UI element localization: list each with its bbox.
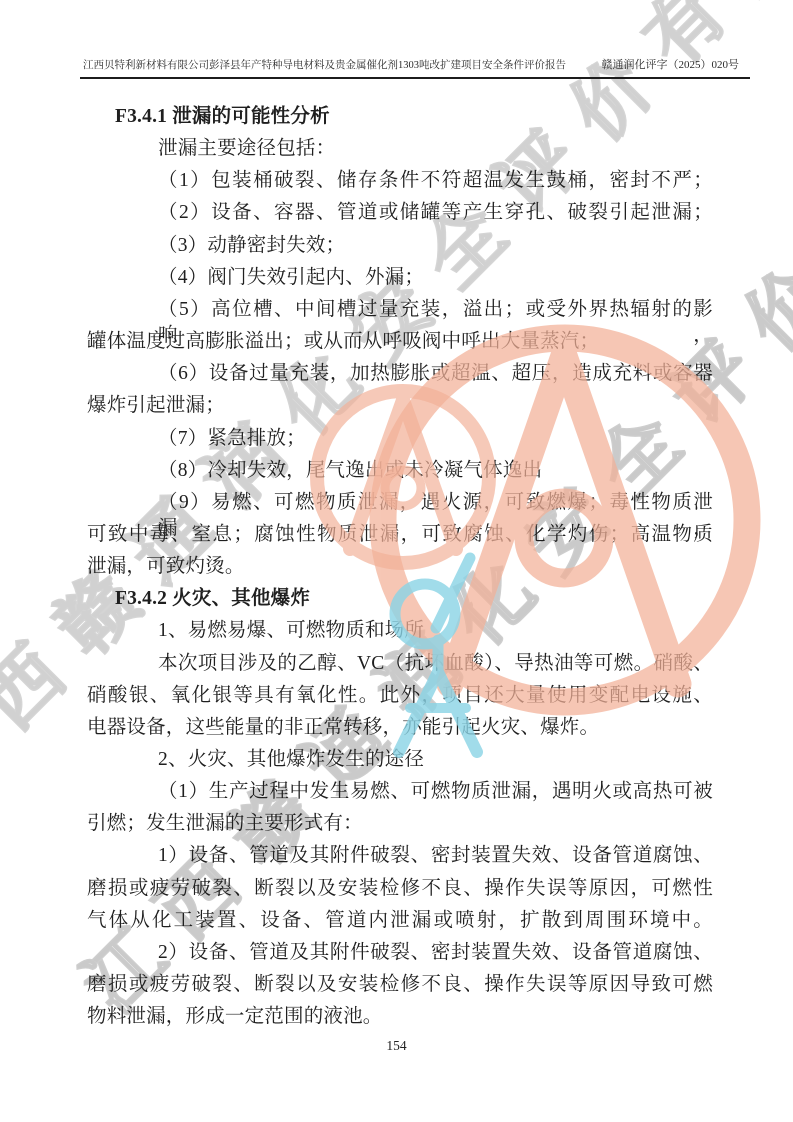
text-line: 2）设备、管道及其附件破裂、密封装置失效、设备管道腐蚀、 xyxy=(85,940,713,966)
text-line: （2）设备、容器、管道或储罐等产生穿孔、破裂引起泄漏； xyxy=(85,200,713,226)
header-document-number: 赣通润化评字（2025）020号 xyxy=(602,56,740,72)
text-line: 爆炸引起泄漏； xyxy=(85,393,715,419)
page-number: 154 xyxy=(0,1038,793,1054)
text-line: （6）设备过量充装，加热膨胀或超温、超压，造成充料或容器 xyxy=(85,361,713,387)
text-line: 磨损或疲劳破裂、断裂以及安装检修不良、操作失误等原因，可燃性 xyxy=(85,876,713,902)
text-line: （1）包装桶破裂、储存条件不符超温发生鼓桶，密封不严； xyxy=(85,168,713,194)
text-line: （8）冷却失效，尾气逸出或未冷凝气体逸出 xyxy=(85,458,786,484)
section-heading-line: F3.4.2 火灾、其他爆炸 xyxy=(85,586,743,612)
section-heading-line: F3.4.1 泄漏的可能性分析 xyxy=(85,104,743,130)
text-line: 泄漏主要途径包括： xyxy=(85,136,786,162)
text-line: 罐体温度过高膨胀溢出；或从而从呼吸阀中呼出大量蒸汽； xyxy=(85,329,715,355)
text-line: 磨损或疲劳破裂、断裂以及安装检修不良、操作失误等原因导致可燃 xyxy=(85,972,713,998)
text-line: 引燃；发生泄漏的主要形式有： xyxy=(85,811,715,837)
text-line: 1、易燃易爆、可燃物质和场所 xyxy=(85,618,786,644)
text-line: 硝酸银、氧化银等具有氧化性。此外，项目还大量使用变配电设施、 xyxy=(85,683,713,709)
text-line: （7）紧急排放； xyxy=(85,426,786,452)
header-rule xyxy=(80,77,750,79)
text-line: 电器设备，这些能量的非正常转移，亦能引起火灾、爆炸。 xyxy=(85,715,715,741)
text-line: 物料泄漏，形成一定范围的液池。 xyxy=(85,1004,715,1030)
text-line: 本次项目涉及的乙醇、VC（抗坏血酸）、导热油等可燃。硝酸、 xyxy=(85,651,713,677)
text-line: 气体从化工装置、设备、管道内泄漏或喷射，扩散到周围环境中。 xyxy=(85,908,713,934)
report-page: 江西赣通润化安全评价有限公司 江西赣通润化安全评价有限公司 江西贝特利新材料有限… xyxy=(0,0,793,1122)
text-line: （1）生产过程中发生易燃、可燃物质泄漏，遇明火或高热可被 xyxy=(85,779,713,805)
text-line: 2、火灾、其他爆炸发生的途径 xyxy=(85,747,786,773)
header-report-title: 江西贝特利新材料有限公司彭泽县年产特种导电材料及贵金属催化剂1303吨改扩建项目… xyxy=(83,57,566,72)
text-line: 1）设备、管道及其附件破裂、密封装置失效、设备管道腐蚀、 xyxy=(85,843,713,869)
text-line: （3）动静密封失效； xyxy=(85,233,786,259)
text-line: 泄漏，可致灼烫。 xyxy=(85,554,715,580)
text-line: 可致中毒、窒息；腐蚀性物质泄漏，可致腐蚀、化学灼伤；高温物质 xyxy=(85,522,713,548)
text-line: （4）阀门失效引起内、外漏； xyxy=(85,265,786,291)
page-header: 江西贝特利新材料有限公司彭泽县年产特种导电材料及贵金属催化剂1303吨改扩建项目… xyxy=(83,54,739,72)
document-body: F3.4.1 泄漏的可能性分析泄漏主要途径包括：（1）包装桶破裂、储存条件不符超… xyxy=(85,104,713,1034)
